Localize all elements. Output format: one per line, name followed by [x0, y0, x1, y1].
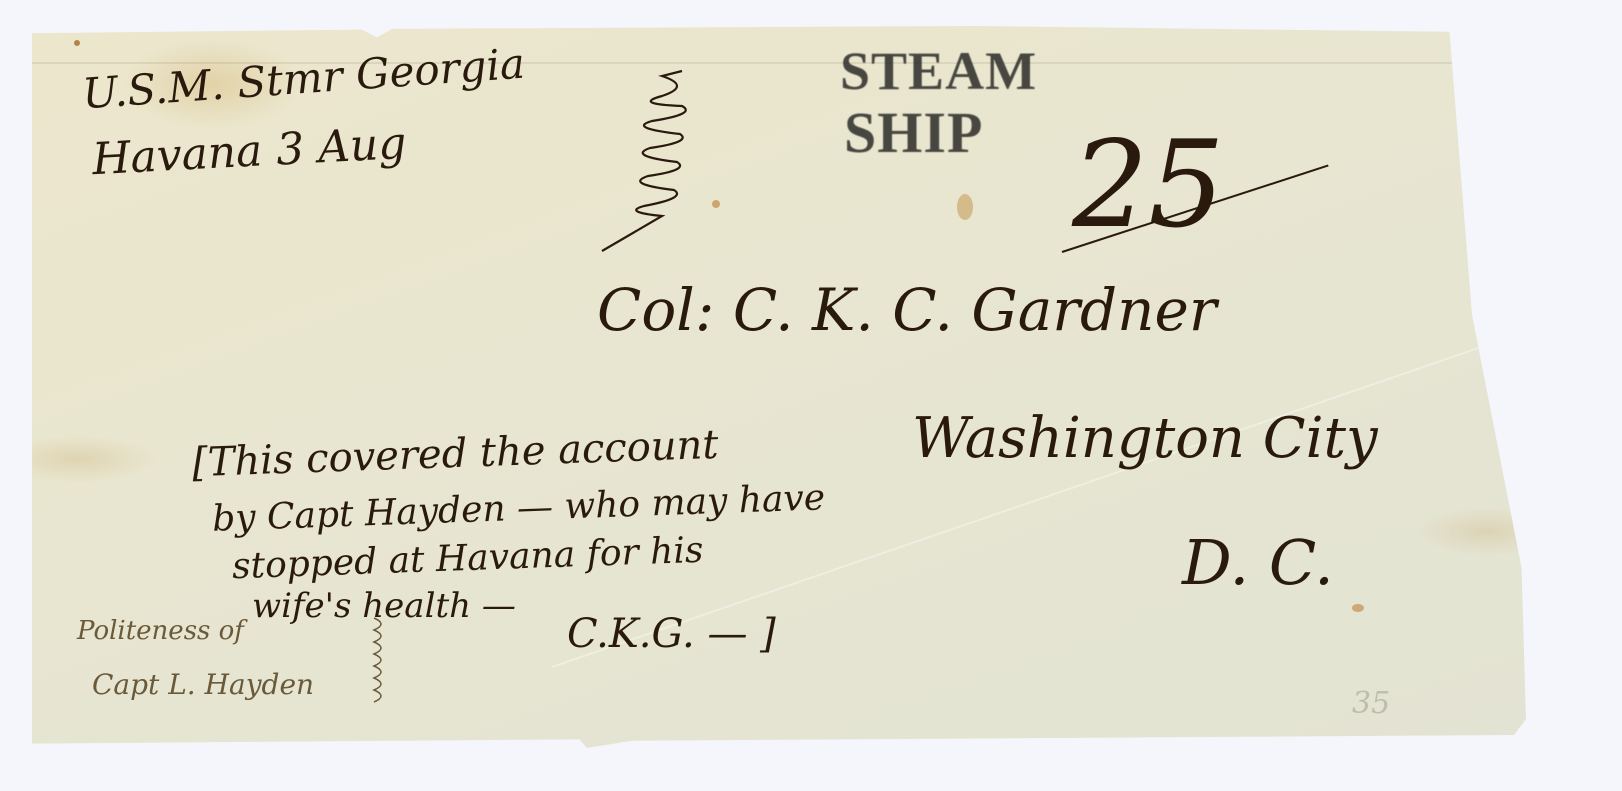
flourish-squiggle-icon: [592, 66, 702, 256]
note-line-2: by Capt Hayden — who may have: [211, 477, 825, 539]
courtesy-line-2: Capt L. Hayden: [92, 668, 314, 701]
courtesy-squiggle-icon: [368, 616, 392, 706]
pencil-mark: 35: [1352, 686, 1390, 721]
stain-spot: [1487, 266, 1500, 279]
note-line-1: [This covered the account: [191, 422, 719, 486]
note-signature: C.K.G. — ]: [567, 611, 776, 657]
steamship-handstamp-line-2: SHIP: [844, 104, 983, 162]
stain-spot: [712, 200, 720, 208]
postage-rate: 25: [1072, 126, 1225, 246]
addressee-city: Washington City: [912, 406, 1378, 471]
addressee-district: D. C.: [1182, 526, 1334, 599]
note-line-3: stopped at Havana for his: [231, 530, 704, 587]
stain-spot: [1352, 604, 1364, 612]
ink-drip-stain: [957, 194, 973, 220]
envelope-cover: U.S.M. Stmr Georgia Havana 3 Aug STEAM S…: [32, 26, 1532, 748]
steamship-handstamp-line-1: STEAM: [840, 44, 1037, 98]
routing-line-1: U.S.M. Stmr Georgia: [81, 39, 527, 119]
routing-line-2: Havana 3 Aug: [91, 118, 408, 185]
stain-spot: [74, 40, 80, 46]
addressee-name: Col: C. K. C. Gardner: [597, 276, 1217, 344]
courtesy-line-1: Politeness of: [77, 616, 244, 646]
